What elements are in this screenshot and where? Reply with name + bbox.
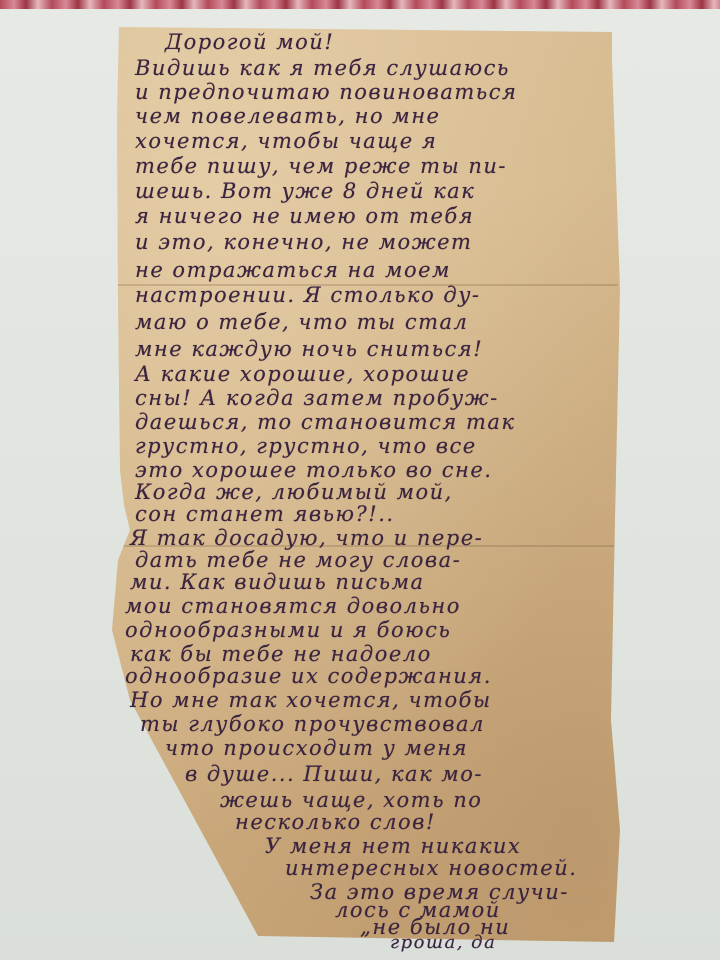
letter-line: не отражаться на моем <box>135 258 451 282</box>
letter-line: в душе... Пиши, как мо- <box>185 762 483 786</box>
letter-line: маю о тебе, что ты стал <box>135 310 468 334</box>
letter-line: гроша, да <box>390 932 496 953</box>
letter-line: Но мне так хочется, чтобы <box>130 688 492 712</box>
photo-scene: Дорогой мой! Видишь как я тебя слушаюсь … <box>0 0 720 960</box>
letter-line: хочется, чтобы чаще я <box>135 129 437 153</box>
letter-line: однообразие их содержания. <box>125 664 492 688</box>
letter-line: сны! А когда затем пробуж- <box>135 386 499 410</box>
letter-line: настроении. Я столько ду- <box>135 283 480 307</box>
letter-line: тебе пишу, чем реже ты пи- <box>135 154 507 178</box>
letter-line: Когда же, любимый мой, <box>135 480 453 504</box>
letter-line: мне каждую ночь сниться! <box>135 337 483 361</box>
letter-line: даешься, то становится так <box>135 410 515 434</box>
letter-line: я ничего не имею от тебя <box>135 204 474 228</box>
letter-line: это хорошее только во сне. <box>135 458 492 482</box>
letter-line: чем повелевать, но мне <box>135 104 440 128</box>
letter-line: что происходит у меня <box>165 736 468 760</box>
letter-line: интересных новостей. <box>285 856 577 880</box>
handwritten-letter: Дорогой мой! Видишь как я тебя слушаюсь … <box>0 0 720 960</box>
letter-line: несколько слов! <box>235 810 436 834</box>
letter-line: сон станет явью?!.. <box>135 502 395 526</box>
letter-line: шешь. Вот уже 8 дней как <box>135 179 475 203</box>
letter-line: и это, конечно, не может <box>135 230 472 254</box>
letter-line: А какие хорошие, хорошие <box>135 362 470 386</box>
letter-line: однообразными и я боюсь <box>125 618 451 642</box>
letter-line: дать тебе не могу слова- <box>135 548 461 572</box>
letter-line: грустно, грустно, что все <box>135 434 477 458</box>
letter-line: мои становятся довольно <box>125 594 461 618</box>
letter-line: ми. Как видишь письма <box>130 570 425 594</box>
letter-greeting: Дорогой мой! <box>165 30 334 54</box>
letter-line: как бы тебе не надоело <box>130 642 432 666</box>
letter-line: Видишь как я тебя слушаюсь <box>135 56 510 80</box>
letter-line: и предпочитаю повиноваться <box>135 80 517 104</box>
letter-line: Я так досадую, что и пере- <box>130 526 483 550</box>
letter-line: ты глубоко прочувствовал <box>140 712 485 736</box>
letter-line: У меня нет никаких <box>265 834 521 858</box>
letter-line: жешь чаще, хоть по <box>220 788 482 812</box>
